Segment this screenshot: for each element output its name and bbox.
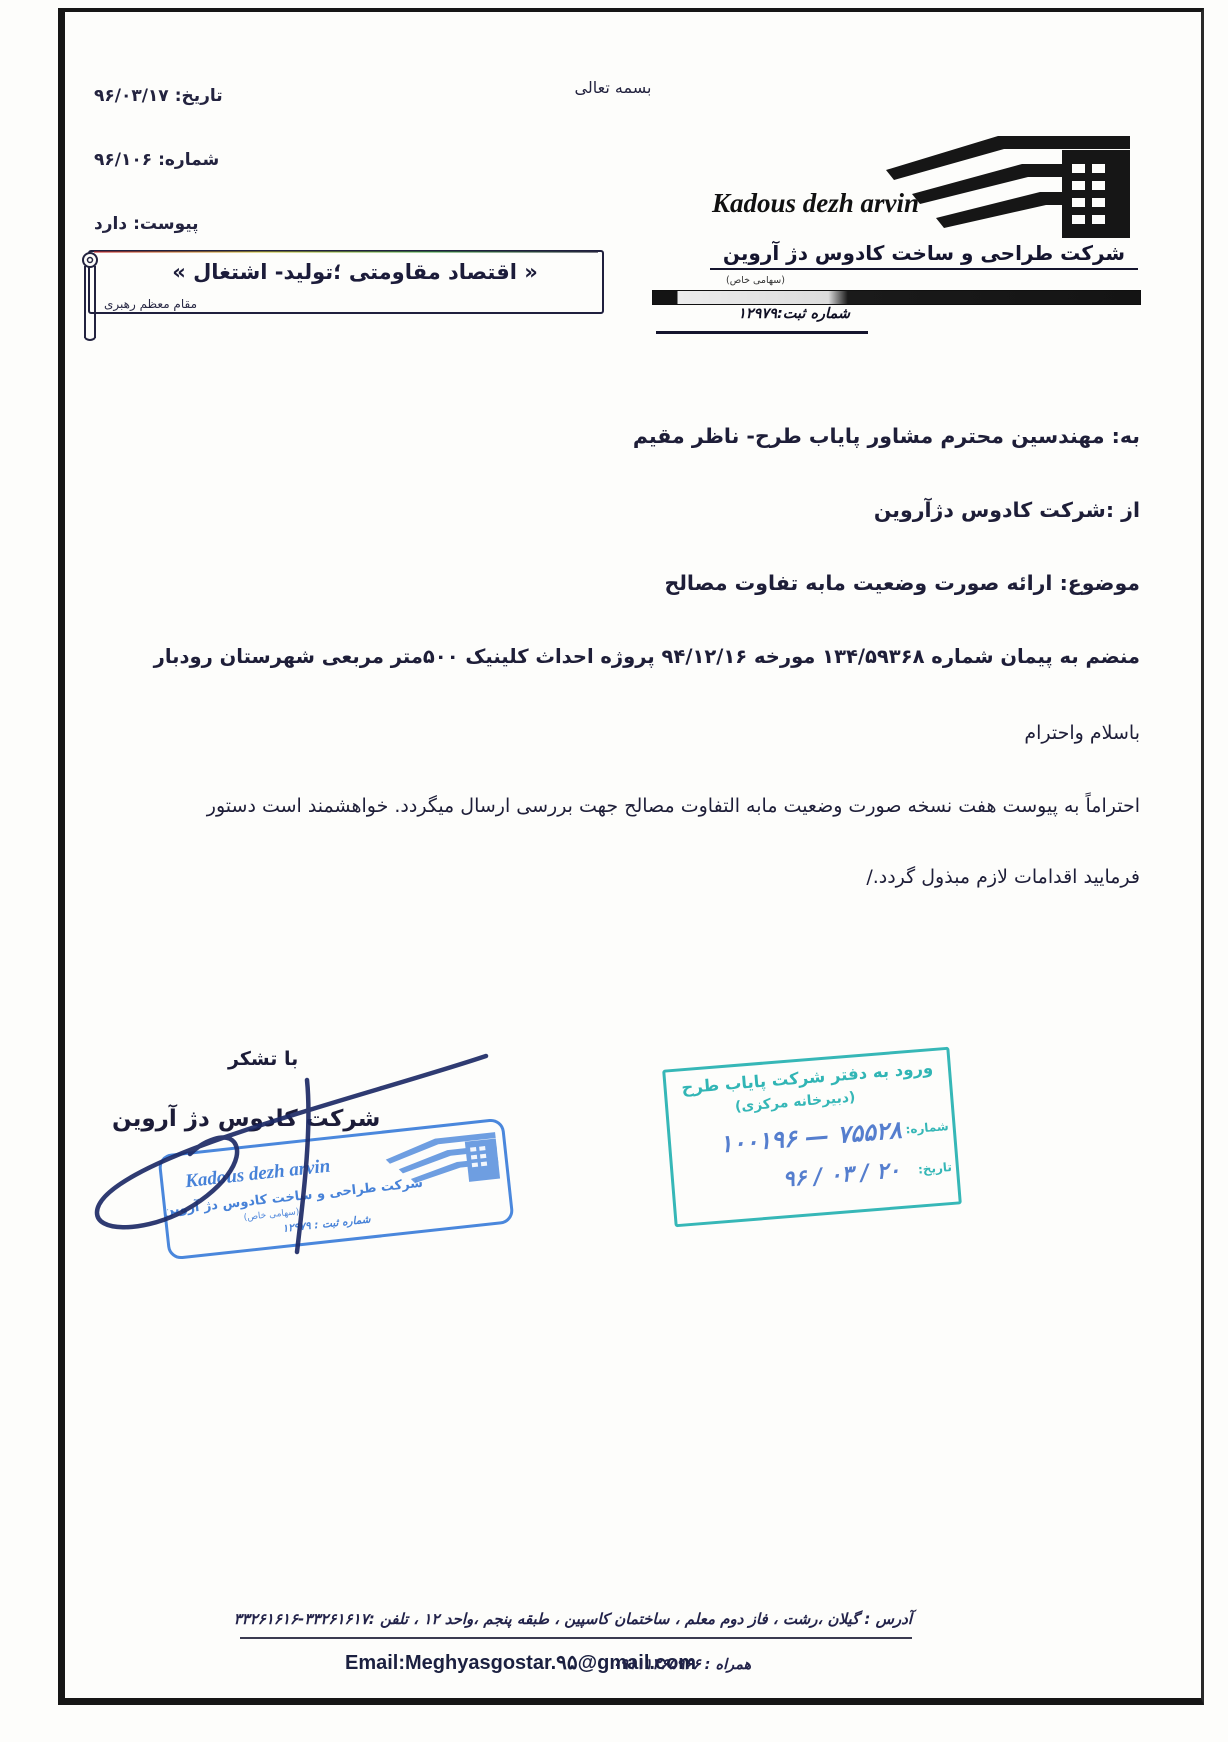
- closing-thanks: با تشکر: [228, 1048, 298, 1070]
- scroll-ornament-icon: [78, 250, 106, 342]
- slogan-attribution: مقام معظم رهبری: [104, 297, 197, 311]
- registration-number: شماره ثبت:۱۲۹۷۹: [738, 306, 850, 322]
- entry-receipt-stamp: ورود به دفتر شرکت پایاب طرح (دبیرخانه مر…: [662, 1047, 962, 1228]
- footer-mobile-line: همراه :۰۹۱۱۱۳۶۵۹۶۶: [612, 1655, 751, 1673]
- date-label: تاریخ:: [175, 86, 223, 106]
- body-line-to: به: مهندسین محترم مشاور پایاب طرح- ناظر …: [88, 424, 1140, 448]
- entry-stamp-number-value: ۱۰۰۱۹۶ — ۷۵۵۲۸: [719, 1116, 903, 1159]
- letter-date-line: تاریخ:۹۶/۰۳/۱۷: [94, 86, 324, 106]
- body-line-request-2: فرمایید اقدامات لازم مبذول گردد./: [88, 866, 1140, 888]
- entry-stamp-date-label: تاریخ:: [917, 1159, 952, 1176]
- letterhead-underline: [656, 331, 868, 334]
- slogan-text: « اقتصاد مقاومتی ؛تولید- اشتغال »: [120, 260, 590, 284]
- entry-stamp-number-row: شماره: ۱۰۰۱۹۶ — ۷۵۵۲۸: [670, 1112, 949, 1162]
- company-stamp-type: (سهامی خاص): [243, 1207, 300, 1223]
- letterhead-bar: [652, 290, 1141, 305]
- closing-company-name: شرکت کادوس دژ آروین: [112, 1106, 380, 1132]
- bismillah-text: بسمه تعالی: [548, 78, 678, 97]
- company-type: (سهامی خاص): [726, 275, 785, 286]
- number-value: ۹۶/۱۰۶: [94, 150, 152, 170]
- scanned-letter-page: بسمه تعالی تاریخ:۹۶/۰۳/۱۷ شماره:۹۶/۱۰۶ پ…: [0, 0, 1228, 1742]
- footer-address: آدرس : گیلان ،رشت ، فاز دوم معلم ، ساختم…: [240, 1610, 912, 1639]
- date-value: ۹۶/۰۳/۱۷: [94, 86, 169, 106]
- building-logo-icon: [878, 128, 1136, 242]
- attachment-line: پیوست:دارد: [94, 214, 324, 234]
- attachment-value: دارد: [94, 214, 127, 234]
- body-line-salutation: باسلام واحترام: [88, 722, 1140, 744]
- entry-stamp-number-label: شماره:: [905, 1119, 949, 1136]
- company-name-fa: شرکت طراحی و ساخت کادوس دژ آروین: [710, 241, 1138, 270]
- entry-stamp-date-value: ۹۶ / ۰۳ / ۲۰: [782, 1158, 901, 1192]
- body-line-request-1: احتراماً به پیوست هفت نسخه صورت وضعیت ما…: [88, 795, 1140, 817]
- entry-stamp-date-row: تاریخ: ۹۶ / ۰۳ / ۲۰: [674, 1154, 953, 1201]
- letter-number-line: شماره:۹۶/۱۰۶: [94, 150, 324, 170]
- number-label: شماره:: [158, 150, 219, 170]
- company-stamp-building-icon: [380, 1123, 504, 1197]
- body-line-subject: موضوع: ارائه صورت وضعیت مابه تفاوت مصالح: [88, 571, 1140, 595]
- body-line-contract: منضم به پیمان شماره ۱۳۴/۵۹۳۶۸ مورخه ۹۴/۱…: [88, 645, 1140, 668]
- mobile-value: ۰۹۱۱۱۳۶۵۹۶۶: [612, 1655, 701, 1673]
- body-line-from: از :شرکت کادوس دژآروین: [88, 498, 1140, 522]
- attachment-label: پیوست:: [133, 214, 199, 234]
- mobile-label: همراه :: [705, 1657, 752, 1673]
